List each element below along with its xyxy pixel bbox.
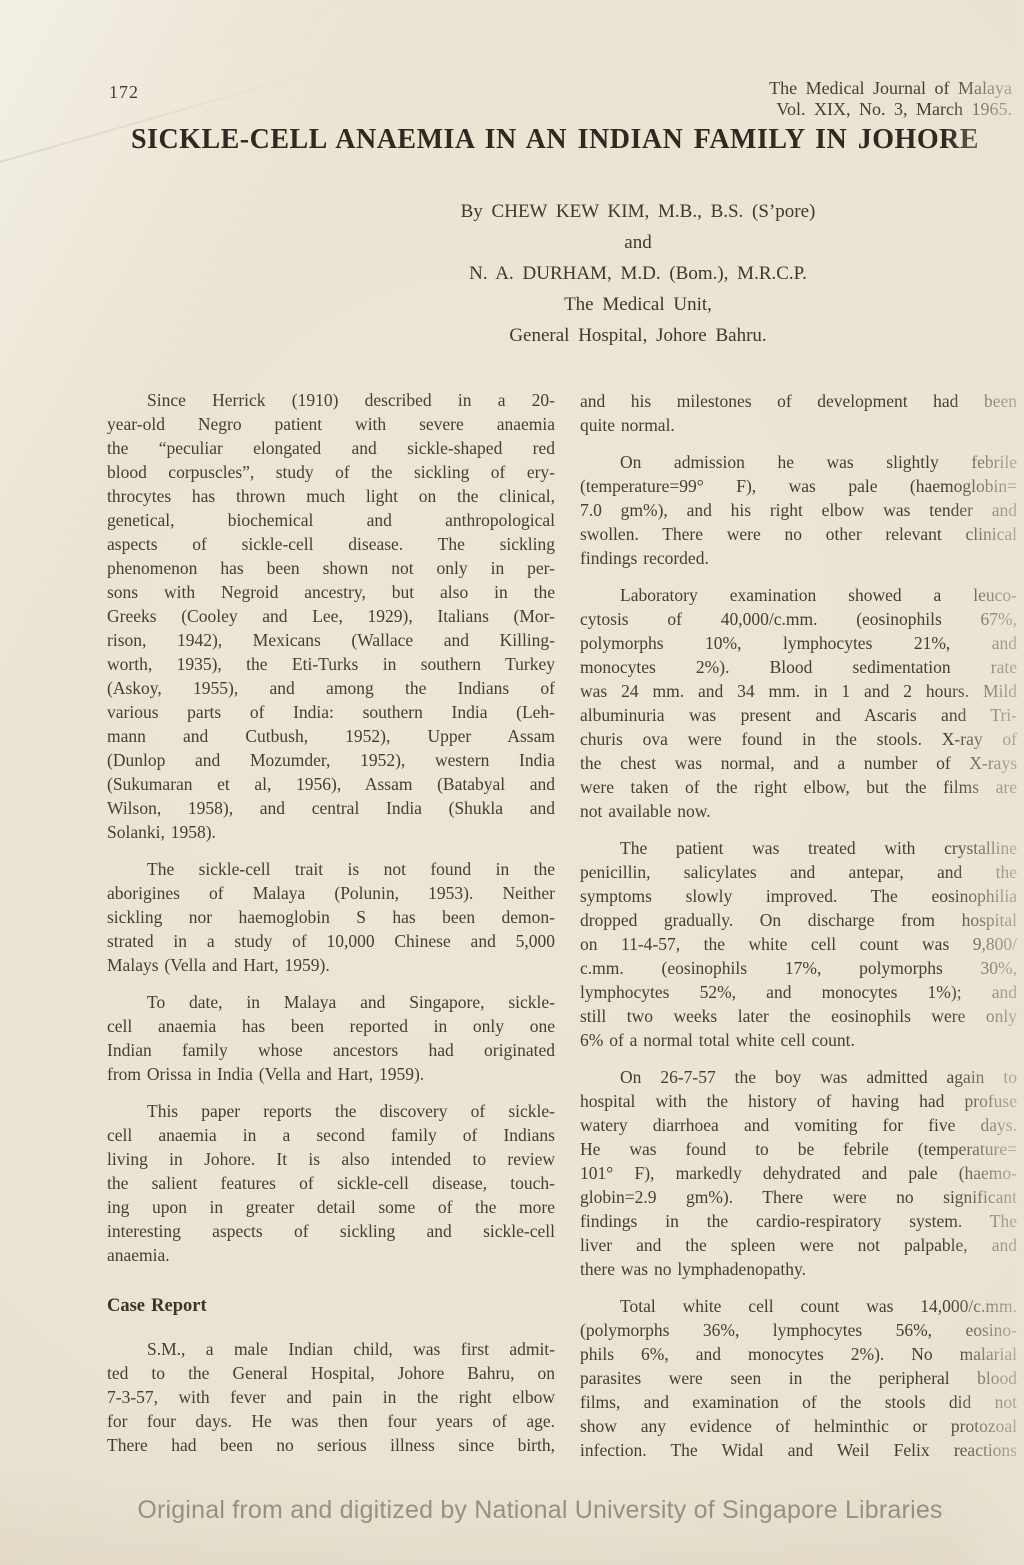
text-line: blood corpuscles”, study of the sickling… (107, 460, 555, 484)
text-line: quite normal. (580, 413, 1017, 437)
text-line: cell anaemia has been reported in only o… (107, 1014, 555, 1038)
text-line: watery diarrhoea and vomiting for five d… (580, 1113, 1017, 1137)
digitization-watermark: Original from and digitized by National … (40, 1496, 1024, 1525)
text-line: globin=2.9 gm%). There were no significa… (580, 1185, 1017, 1209)
text-line: not available now. (580, 799, 1017, 823)
text-line: symptoms slowly improved. The eosinophil… (580, 884, 1017, 908)
text-line: On admission he was slightly febrile (580, 450, 1017, 474)
text-line: polymorphs 10%, lymphocytes 21%, and (580, 631, 1017, 655)
text-line: year-old Negro patient with severe anaem… (107, 412, 555, 436)
paragraph: The sickle-cell trait is not found in th… (107, 857, 555, 977)
text-line: cytosis of 40,000/c.mm. (eosinophils 67%… (580, 607, 1017, 631)
text-line: aspects of sickle-cell disease. The sick… (107, 532, 555, 556)
text-line: the salient features of sickle-cell dise… (107, 1171, 555, 1195)
text-line: monocytes 2%). Blood sedimentation rate (580, 655, 1017, 679)
text-line: cell anaemia in a second family of India… (107, 1123, 555, 1147)
text-line: Since Herrick (1910) described in a 20- (107, 388, 555, 412)
scanned-journal-page: 172 The Medical Journal of Malaya Vol. X… (0, 0, 1024, 1565)
byline-and: and (262, 227, 1014, 258)
text-line: On 26-7-57 the boy was admitted again to (580, 1065, 1017, 1089)
text-line: aborigines of Malaya (Polunin, 1953). Ne… (107, 881, 555, 905)
paragraph: On 26-7-57 the boy was admitted again to… (580, 1065, 1017, 1281)
journal-masthead: The Medical Journal of Malaya Vol. XIX, … (672, 78, 1012, 120)
text-line: Indian family whose ancestors had origin… (107, 1038, 555, 1062)
text-line: phenomenon has been shown not only in pe… (107, 556, 555, 580)
text-line: swollen. There were no other relevant cl… (580, 522, 1017, 546)
text-line: anaemia. (107, 1243, 555, 1267)
text-line: was 24 mm. and 34 mm. in 1 and 2 hours. … (580, 679, 1017, 703)
text-line: were taken of the right elbow, but the f… (580, 775, 1017, 799)
paragraph: Laboratory examination showed a leuco-cy… (580, 583, 1017, 823)
text-line: sickling nor haemoglobin S has been demo… (107, 905, 555, 929)
text-line: (polymorphs 36%, lymphocytes 56%, eosino… (580, 1318, 1017, 1342)
text-line: (temperature=99° F), was pale (haemoglob… (580, 474, 1017, 498)
text-line: 7-3-57, with fever and pain in the right… (107, 1385, 555, 1409)
text-line: interesting aspects of sickling and sick… (107, 1219, 555, 1243)
left-column: Since Herrick (1910) described in a 20-y… (107, 388, 555, 1470)
paragraph: S.M., a male Indian child, was first adm… (107, 1337, 555, 1457)
paragraph: The patient was treated with crystalline… (580, 836, 1017, 1052)
paragraph: and his milestones of development had be… (580, 389, 1017, 437)
paragraph: Since Herrick (1910) described in a 20-y… (107, 388, 555, 844)
text-line: There had been no serious illness since … (107, 1433, 555, 1457)
journal-title: The Medical Journal of Malaya (672, 78, 1012, 99)
text-line: the “peculiar elongated and sickle-shape… (107, 436, 555, 460)
text-line: c.mm. (eosinophils 17%, polymorphs 30%, (580, 956, 1017, 980)
text-line: 7.0 gm%), and his right elbow was tender… (580, 498, 1017, 522)
text-line: infection. The Widal and Weil Felix reac… (580, 1438, 1017, 1462)
text-line: findings in the cardio-respiratory syste… (580, 1209, 1017, 1233)
text-line: The sickle-cell trait is not found in th… (107, 857, 555, 881)
text-line: for four days. He was then four years of… (107, 1409, 555, 1433)
text-line: Total white cell count was 14,000/c.mm. (580, 1294, 1017, 1318)
paper-crease (0, 66, 333, 173)
text-line: strated in a study of 10,000 Chinese and… (107, 929, 555, 953)
text-line: albuminuria was present and Ascaris and … (580, 703, 1017, 727)
text-line: the chest was normal, and a number of X-… (580, 751, 1017, 775)
text-line: Greeks (Cooley and Lee, 1929), Italians … (107, 604, 555, 628)
text-line: 6% of a normal total white cell count. (580, 1028, 1017, 1052)
article-title: SICKLE-CELL ANAEMIA IN AN INDIAN FAMILY … (80, 124, 1024, 156)
text-line: (Askoy, 1955), and among the Indians of (107, 676, 555, 700)
page-number: 172 (109, 82, 139, 103)
text-line: on 11-4-57, the white cell count was 9,8… (580, 932, 1017, 956)
text-line: parasites were seen in the peripheral bl… (580, 1366, 1017, 1390)
section-heading: Case Report (107, 1294, 555, 1318)
byline-affiliation-hospital: General Hospital, Johore Bahru. (262, 320, 1014, 351)
text-line: (Sukumaran et al, 1956), Assam (Batabyal… (107, 772, 555, 796)
byline-affiliation-unit: The Medical Unit, (262, 289, 1014, 320)
text-line: churis ova were found in the stools. X-r… (580, 727, 1017, 751)
text-line: worth, 1935), the Eti-Turks in southern … (107, 652, 555, 676)
right-column: and his milestones of development had be… (580, 389, 1017, 1475)
text-line: He was found to be febrile (temperature= (580, 1137, 1017, 1161)
text-line: (Dunlop and Mozumder, 1952), western Ind… (107, 748, 555, 772)
byline-author-2: N. A. DURHAM, M.D. (Bom.), M.R.C.P. (262, 258, 1014, 289)
text-line: sons with Negroid ancestry, but also in … (107, 580, 555, 604)
text-line: ted to the General Hospital, Johore Bahr… (107, 1361, 555, 1385)
text-line: there was no lymphadenopathy. (580, 1257, 1017, 1281)
text-line: various parts of India: southern India (… (107, 700, 555, 724)
text-line: Malays (Vella and Hart, 1959). (107, 953, 555, 977)
paragraph: On admission he was slightly febrile(tem… (580, 450, 1017, 570)
text-line: Laboratory examination showed a leuco- (580, 583, 1017, 607)
text-line: S.M., a male Indian child, was first adm… (107, 1337, 555, 1361)
journal-issue: Vol. XIX, No. 3, March 1965. (672, 99, 1012, 120)
byline-author-1: By CHEW KEW KIM, M.B., B.S. (S’pore) (262, 196, 1014, 227)
text-line: Wilson, 1958), and central India (Shukla… (107, 796, 555, 820)
text-line: show any evidence of helminthic or proto… (580, 1414, 1017, 1438)
text-line: hospital with the history of having had … (580, 1089, 1017, 1113)
text-line: mann and Cutbush, 1952), Upper Assam (107, 724, 555, 748)
text-line: dropped gradually. On discharge from hos… (580, 908, 1017, 932)
text-line: findings recorded. (580, 546, 1017, 570)
text-line: The patient was treated with crystalline (580, 836, 1017, 860)
text-line: films, and examination of the stools did… (580, 1390, 1017, 1414)
text-line: ing upon in greater detail some of the m… (107, 1195, 555, 1219)
text-line: lymphocytes 52%, and monocytes 1%); and (580, 980, 1017, 1004)
text-line: and his milestones of development had be… (580, 389, 1017, 413)
text-line: genetical, biochemical and anthropologic… (107, 508, 555, 532)
paragraph: Total white cell count was 14,000/c.mm.(… (580, 1294, 1017, 1462)
paragraph: This paper reports the discovery of sick… (107, 1099, 555, 1267)
text-line: throcytes has thrown much light on the c… (107, 484, 555, 508)
text-line: Solanki, 1958). (107, 820, 555, 844)
text-line: from Orissa in India (Vella and Hart, 19… (107, 1062, 555, 1086)
text-line: rison, 1942), Mexicans (Wallace and Kill… (107, 628, 555, 652)
text-line: 101° F), markedly dehydrated and pale (h… (580, 1161, 1017, 1185)
text-line: This paper reports the discovery of sick… (107, 1099, 555, 1123)
text-line: phils 6%, and monocytes 2%). No malarial (580, 1342, 1017, 1366)
text-line: liver and the spleen were not palpable, … (580, 1233, 1017, 1257)
text-line: living in Johore. It is also intended to… (107, 1147, 555, 1171)
text-line: To date, in Malaya and Singapore, sickle… (107, 990, 555, 1014)
text-line: still two weeks later the eosinophils we… (580, 1004, 1017, 1028)
paragraph: To date, in Malaya and Singapore, sickle… (107, 990, 555, 1086)
byline-block: By CHEW KEW KIM, M.B., B.S. (S’pore) and… (262, 196, 1014, 351)
text-line: penicillin, salicylates and antepar, and… (580, 860, 1017, 884)
